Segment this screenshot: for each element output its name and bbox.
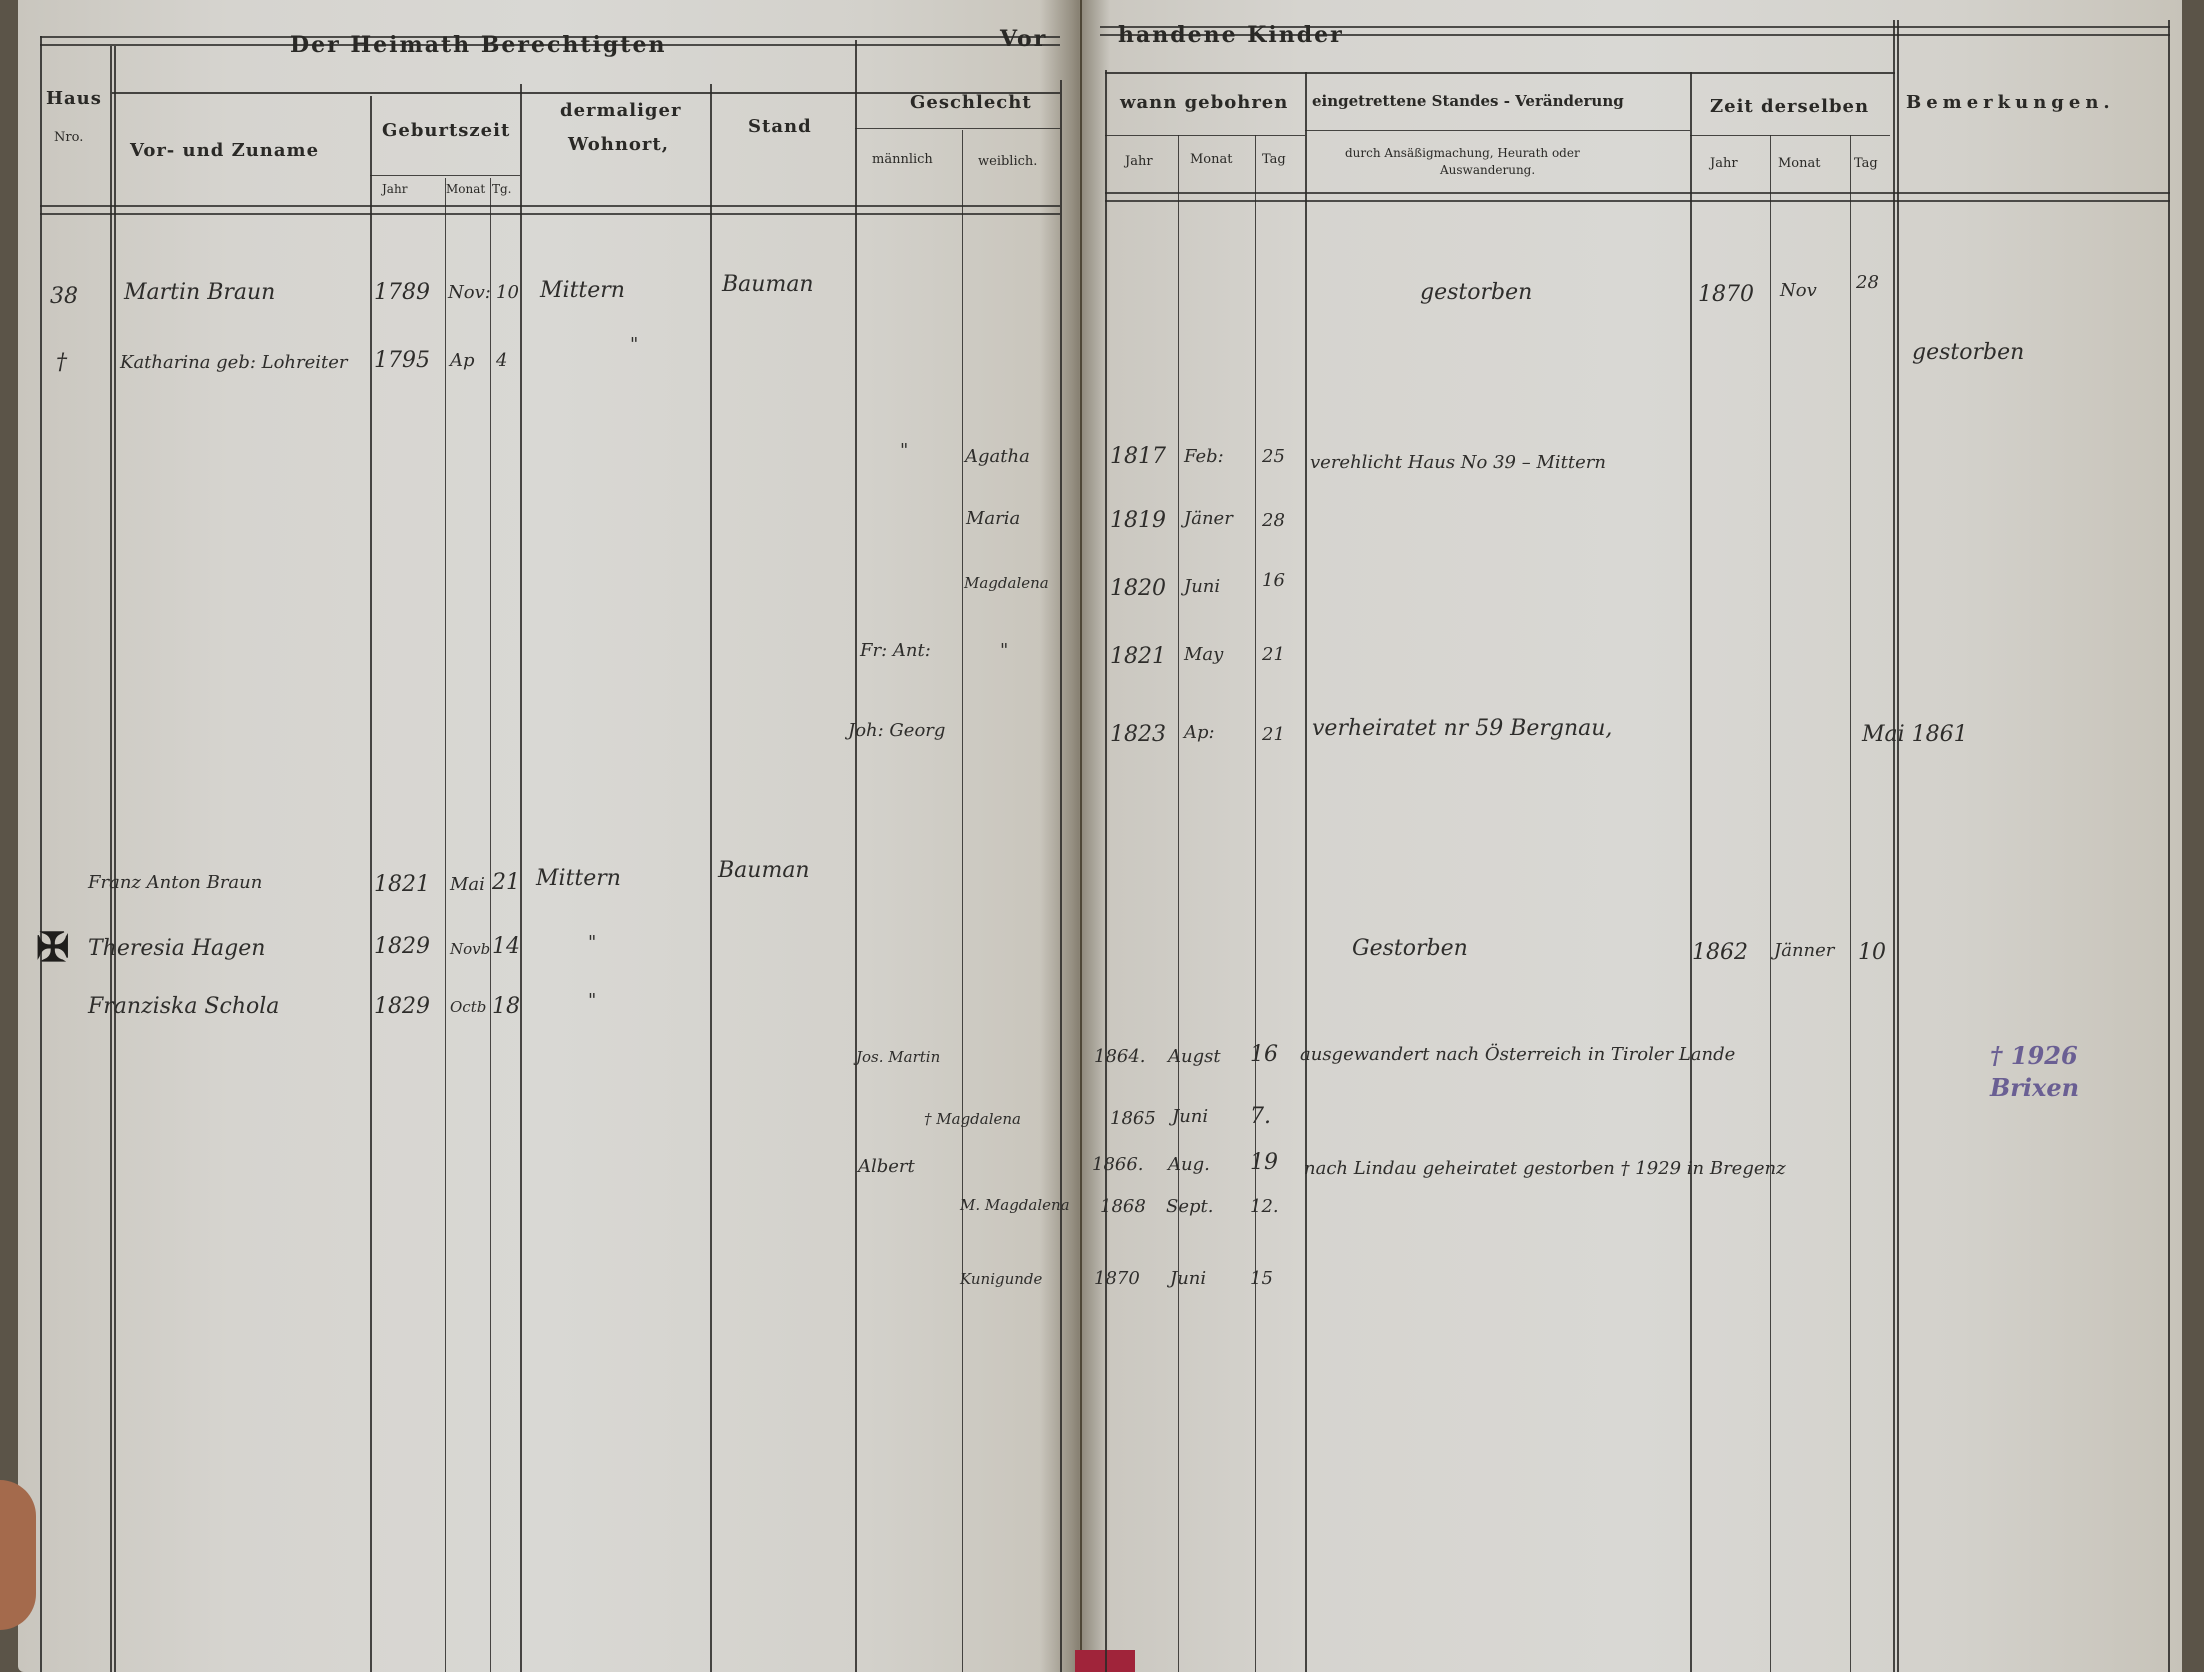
- finger: [0, 1480, 36, 1630]
- child-birth-year: 1823: [1110, 722, 1166, 747]
- child-birth-month: Juni: [1172, 1106, 1208, 1127]
- child-birth-year: 1821: [1110, 644, 1166, 669]
- parent-birth-month: Novb: [450, 940, 490, 958]
- col-line: [710, 84, 712, 1672]
- child-female: ": [1000, 640, 1008, 661]
- col-veraenderung: eingetrettene Standes - Veränderung: [1312, 92, 1624, 110]
- col-haus: Haus: [46, 88, 102, 109]
- child-female: Agatha: [965, 446, 1030, 467]
- left-page: [18, 0, 1080, 1672]
- col-k-monat: Monat: [1190, 152, 1233, 167]
- rule-under-title-right: [1105, 72, 1895, 74]
- child-birth-year: 1868: [1100, 1196, 1146, 1217]
- col-line: [110, 46, 112, 1672]
- col-line: [962, 130, 963, 1672]
- col-k-tag: Tag: [1262, 152, 1286, 167]
- rule-geburtszeit: [370, 175, 520, 176]
- child-birth-month: Sept.: [1166, 1196, 1213, 1217]
- rule-geschlecht: [855, 128, 1060, 129]
- child-remark-violet: † 1926 Brixen: [1990, 1040, 2160, 1104]
- parent-birth-day: 4: [496, 350, 507, 371]
- child-male: Joh: Georg: [848, 720, 945, 741]
- col-nro: Nro.: [54, 130, 83, 145]
- col-wann-gebohren: wann gebohren: [1120, 92, 1288, 113]
- parent-birth-year: 1821: [374, 872, 430, 897]
- child-remark: Mai 1861: [1862, 722, 1968, 747]
- child-male: Albert: [858, 1156, 915, 1177]
- title-handene-kinder: handene Kinder: [1118, 22, 1344, 48]
- col-line: [1105, 70, 1107, 1672]
- change-month: Jänner: [1774, 940, 1834, 961]
- parent-name: Theresia Hagen: [88, 936, 265, 961]
- parent-residence: ": [588, 932, 596, 953]
- col-veraenderung-sub1: durch Ansäßigmachung, Heurath oder: [1345, 146, 1580, 160]
- col-z-jahr: Jahr: [1710, 156, 1738, 171]
- change-day: 10: [1858, 940, 1886, 965]
- col-bemerkungen: Bemerkungen.: [1906, 92, 2115, 113]
- child-birth-month: Jäner: [1184, 508, 1233, 529]
- child-birth-year: 1819: [1110, 508, 1166, 533]
- col-zeit-derselben: Zeit derselben: [1710, 96, 1869, 117]
- child-birth-year: 1864.: [1094, 1046, 1146, 1067]
- col-line: [2168, 20, 2170, 1672]
- child-birth-day: 21: [1262, 644, 1285, 665]
- col-k-jahr: Jahr: [1125, 154, 1153, 169]
- child-male: Fr: Ant:: [860, 640, 931, 661]
- parent-name: Martin Braun: [124, 280, 275, 305]
- col-tag: Tg.: [492, 182, 512, 196]
- child-birth-year: 1865: [1110, 1108, 1156, 1129]
- col-line: [1770, 135, 1771, 1672]
- col-line: [855, 40, 857, 1672]
- parent-birth-month: Ap: [450, 350, 475, 371]
- cross-icon: ✠: [36, 924, 70, 971]
- change-month: Nov: [1780, 280, 1817, 301]
- parent-name: Katharina geb: Lohreiter: [120, 352, 348, 373]
- parent-birth-month: Mai: [450, 874, 485, 895]
- child-female: Kunigunde: [960, 1270, 1042, 1288]
- child-birth-day: 15: [1250, 1268, 1273, 1289]
- col-veraenderung-sub2: Auswanderung.: [1440, 163, 1535, 177]
- child-female: M. Magdalena: [960, 1196, 1070, 1214]
- change-year: 1870: [1698, 282, 1754, 307]
- col-weiblich: weiblich.: [978, 154, 1037, 169]
- col-jahr: Jahr: [382, 182, 407, 196]
- child-female: † Magdalena: [924, 1110, 1021, 1128]
- child-male: Jos. Martin: [856, 1048, 940, 1066]
- col-line: [1897, 20, 1899, 1672]
- remark: gestorben: [1912, 340, 2024, 365]
- col-line: [445, 178, 446, 1672]
- parent-birth-day: 10: [496, 282, 519, 303]
- child-birth-year: 1866.: [1092, 1154, 1144, 1175]
- col-line: [490, 178, 491, 1672]
- parent-name: Franz Anton Braun: [88, 872, 262, 893]
- child-male: ": [900, 440, 908, 461]
- col-line: [1893, 20, 1895, 1672]
- parent-status: Bauman: [722, 272, 814, 297]
- col-stand: Stand: [748, 116, 812, 137]
- child-birth-month: Ap:: [1184, 722, 1215, 743]
- child-birth-day: 16: [1262, 570, 1285, 591]
- col-line: [1850, 135, 1851, 1672]
- change-day: 28: [1856, 272, 1879, 293]
- child-birth-month: Feb:: [1184, 446, 1224, 467]
- parent-name: Franziska Schola: [88, 994, 279, 1019]
- child-birth-month: Juni: [1184, 576, 1220, 597]
- book-gutter: [1040, 0, 1110, 1672]
- col-line: [114, 46, 116, 1672]
- title-heimath-berechtigten: Der Heimath Berechtigten: [290, 32, 666, 58]
- child-birth-month: Juni: [1170, 1268, 1206, 1289]
- col-line: [40, 36, 42, 1672]
- child-female: Maria: [966, 508, 1020, 529]
- header-bottom-rule-right: [1105, 192, 2170, 202]
- title-vor: Vor: [1000, 26, 1047, 52]
- parent-birth-year: 1829: [374, 934, 430, 959]
- col-line: [1060, 80, 1062, 1672]
- child-female: Magdalena: [964, 574, 1049, 592]
- death-mark: †: [56, 350, 67, 375]
- change-year: 1862: [1692, 940, 1748, 965]
- child-birth-year: 1817: [1110, 444, 1166, 469]
- parent-residence: ": [630, 334, 638, 355]
- parent-status: Bauman: [718, 858, 810, 883]
- child-birth-year: 1820: [1110, 576, 1166, 601]
- col-maennlich: männlich: [872, 152, 933, 167]
- child-birth-day: 16: [1250, 1042, 1278, 1067]
- col-monat: Monat: [446, 182, 485, 196]
- parent-birth-year: 1789: [374, 280, 430, 305]
- right-page: [1082, 0, 2182, 1672]
- col-line: [1255, 135, 1256, 1672]
- parent-birth-month: Octb: [450, 998, 486, 1016]
- col-geburtszeit: Geburtszeit: [382, 120, 510, 141]
- child-change: nach Lindau geheiratet gestorben † 1929 …: [1304, 1158, 1786, 1179]
- child-birth-month: Augst: [1168, 1046, 1221, 1067]
- child-birth-day: 21: [1262, 724, 1285, 745]
- child-change: verheiratet nr 59 Bergnau,: [1312, 716, 1612, 741]
- child-birth-month: May: [1184, 644, 1223, 665]
- col-wohnort-line1: dermaliger: [560, 100, 681, 121]
- parent-birth-day: 14: [492, 934, 520, 959]
- parent-birth-year: 1829: [374, 994, 430, 1019]
- change-note: Gestorben: [1352, 936, 1468, 961]
- col-line: [1178, 135, 1179, 1672]
- child-birth-year: 1870: [1094, 1268, 1140, 1289]
- parent-residence: Mittern: [540, 278, 625, 303]
- child-birth-day: 19: [1250, 1150, 1278, 1175]
- col-wohnort-line2: Wohnort,: [568, 134, 669, 155]
- child-birth-month: Aug.: [1168, 1154, 1210, 1175]
- child-birth-day: 12.: [1250, 1196, 1279, 1217]
- child-change: ausgewandert nach Österreich in Tiroler …: [1300, 1044, 1735, 1065]
- haus-number: 38: [50, 284, 78, 309]
- header-bottom-rule-left: [40, 205, 1060, 215]
- change-note: gestorben: [1420, 280, 1532, 305]
- child-birth-day: 25: [1262, 446, 1285, 467]
- parent-birth-year: 1795: [374, 348, 430, 373]
- child-change: verehlicht Haus No 39 – Mittern: [1310, 452, 1606, 473]
- col-geschlecht: Geschlecht: [910, 92, 1032, 113]
- child-birth-day: 28: [1262, 510, 1285, 531]
- parent-birth-day: 21: [492, 870, 520, 895]
- rule-wann-gebohren: [1105, 135, 1305, 136]
- col-line: [520, 84, 522, 1672]
- parent-birth-month: Nov:: [448, 282, 491, 303]
- col-z-tag: Tag: [1854, 156, 1878, 171]
- child-birth-day: 7.: [1250, 1104, 1271, 1129]
- parent-residence: Mittern: [536, 866, 621, 891]
- col-line: [1305, 72, 1307, 1672]
- col-line: [370, 96, 372, 1672]
- col-z-monat: Monat: [1778, 156, 1821, 171]
- col-line: [1690, 72, 1692, 1672]
- parent-birth-day: 18: [492, 994, 520, 1019]
- col-name: Vor- und Zuname: [130, 140, 319, 161]
- rule-veraenderung: [1305, 130, 1690, 131]
- rule-zeit: [1690, 135, 1890, 136]
- parent-residence: ": [588, 990, 596, 1011]
